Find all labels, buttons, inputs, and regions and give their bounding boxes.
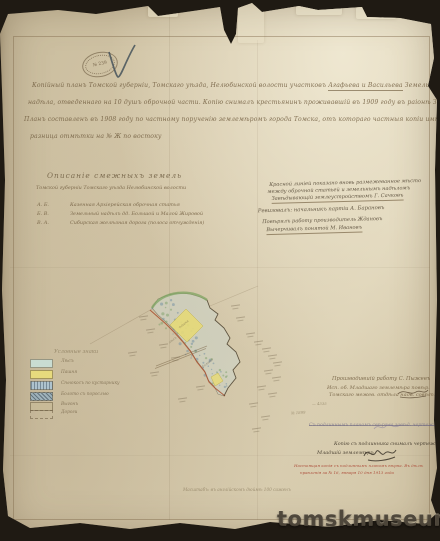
speckle-dot (213, 362, 215, 364)
pen-checkmark-icon (104, 42, 138, 82)
speckle-dot (212, 373, 213, 374)
tape-patch (148, 5, 178, 17)
speckle-dot (158, 323, 160, 325)
legend-label: Дороги (61, 410, 77, 415)
boundary-mark: А. Б. (37, 202, 49, 208)
signature-flourish (396, 385, 430, 399)
archive-number: — 4335 (312, 401, 327, 406)
speckle-dot (205, 357, 207, 359)
speckle-dot (179, 342, 182, 345)
paper-sheet: № 239 Копійный планъ Томской губерніи, Т… (0, 0, 440, 541)
survey-line (210, 286, 258, 306)
survey-line (90, 309, 152, 344)
legend-swatch (30, 381, 53, 390)
speckle-dot (216, 371, 217, 372)
boundary-text: Казенная Архіерейская оброчная статья (70, 202, 180, 208)
speckle-dot (192, 340, 195, 343)
legend-title: Условные знаки (54, 349, 98, 355)
boundary-text: Сибирская желѣзная дорога (полоса отчужд… (70, 220, 204, 226)
legend-label: Выгонъ (61, 402, 78, 407)
speckle-dot (170, 309, 172, 311)
speckle-dot (172, 303, 175, 306)
legend-swatch (30, 370, 53, 379)
speckle-dot (170, 299, 172, 301)
museum-watermark: tomskmuseum.ru (277, 507, 440, 531)
speckle-dot (211, 369, 212, 370)
red-certification-line: Настоящая копія съ подлиннымъ планомъ вѣ… (294, 463, 423, 468)
speckle-dot (208, 365, 210, 367)
speckle-dot (177, 312, 179, 314)
speckle-dot (186, 350, 189, 353)
speckle-dot (160, 303, 163, 306)
legend-label: Сѣнокосъ по кустарнику (61, 381, 120, 386)
speckle-dot (195, 336, 198, 339)
speckle-dot (161, 312, 164, 315)
pencil-signature-flourish (372, 421, 402, 433)
adjacent-lands-subheading: Томской губерніи Томскаго уѣзда Нелюбинс… (36, 185, 186, 191)
speckle-dot (199, 355, 200, 356)
speckle-dot (212, 382, 214, 384)
title-line-1-underlined: Агафьева и Васильева (328, 82, 402, 91)
speckle-dot (190, 357, 191, 358)
signature-line: Производившій работу С. Пыжевъ (332, 376, 430, 382)
title-line-2: надѣла, отведеннаго на 10 душъ оброчной … (28, 99, 440, 106)
tape-patch (356, 7, 396, 19)
red-certification-line: правленія за № 16, января 10 дня 1913 го… (300, 470, 394, 475)
speckle-dot (220, 371, 222, 373)
title-line-1a: Копійный планъ Томской губерніи, Томскаг… (32, 82, 328, 89)
speckle-dot (224, 386, 226, 388)
speckle-dot (160, 322, 163, 325)
boundary-mark: Б. В. (37, 211, 49, 217)
adjacent-lands-heading: Описаніе смежныхъ земель (47, 171, 182, 180)
speckle-dot (165, 327, 167, 329)
speckle-dot (204, 353, 206, 355)
boundary-mark: В. А. (37, 220, 49, 226)
title-line-1c: Земельнаго (403, 82, 440, 89)
title-line-4: разница отмѣтки на № Ж по востоку (30, 133, 162, 140)
speckle-dot (190, 346, 192, 348)
legend-swatch (30, 359, 53, 368)
speckle-dot (173, 333, 174, 334)
speckle-dot (165, 320, 167, 322)
title-line-1: Копійный планъ Томской губерніи, Томскаг… (32, 82, 440, 89)
legend-label: Болото съ порослью (61, 392, 109, 397)
speckle-dot (222, 375, 224, 377)
tape-patch (296, 5, 342, 15)
legend-label: Лѣсъ (61, 359, 74, 364)
boundary-text: Земельный надѣлъ дд. Большой и Малой Жир… (70, 211, 203, 217)
speckle-dot (191, 343, 193, 345)
speckle-dot (226, 375, 228, 377)
speckle-dot (166, 314, 169, 317)
legend-label: Пашня (61, 370, 77, 375)
speckle-dot (219, 385, 220, 386)
speckle-dot (226, 385, 228, 387)
speckle-dot (162, 318, 164, 320)
title-line-3: Планъ составленъ въ 1908 году по частном… (24, 116, 440, 123)
speckle-dot (219, 369, 221, 371)
speckle-dot (165, 302, 168, 305)
scanned-map-photo: № 239 Копійный планъ Томской губерніи, Т… (0, 0, 440, 541)
legend-swatch (30, 410, 53, 419)
legend-swatch (30, 392, 53, 401)
speckle-dot (225, 371, 227, 373)
speckle-dot (165, 307, 167, 309)
scale-note: Масштабъ: въ англійскомъ дюймѣ 100 сажен… (183, 487, 291, 492)
archive-number: № 1899 (291, 410, 306, 416)
speckle-dot (226, 383, 228, 385)
big-signature-flourish (362, 444, 398, 462)
